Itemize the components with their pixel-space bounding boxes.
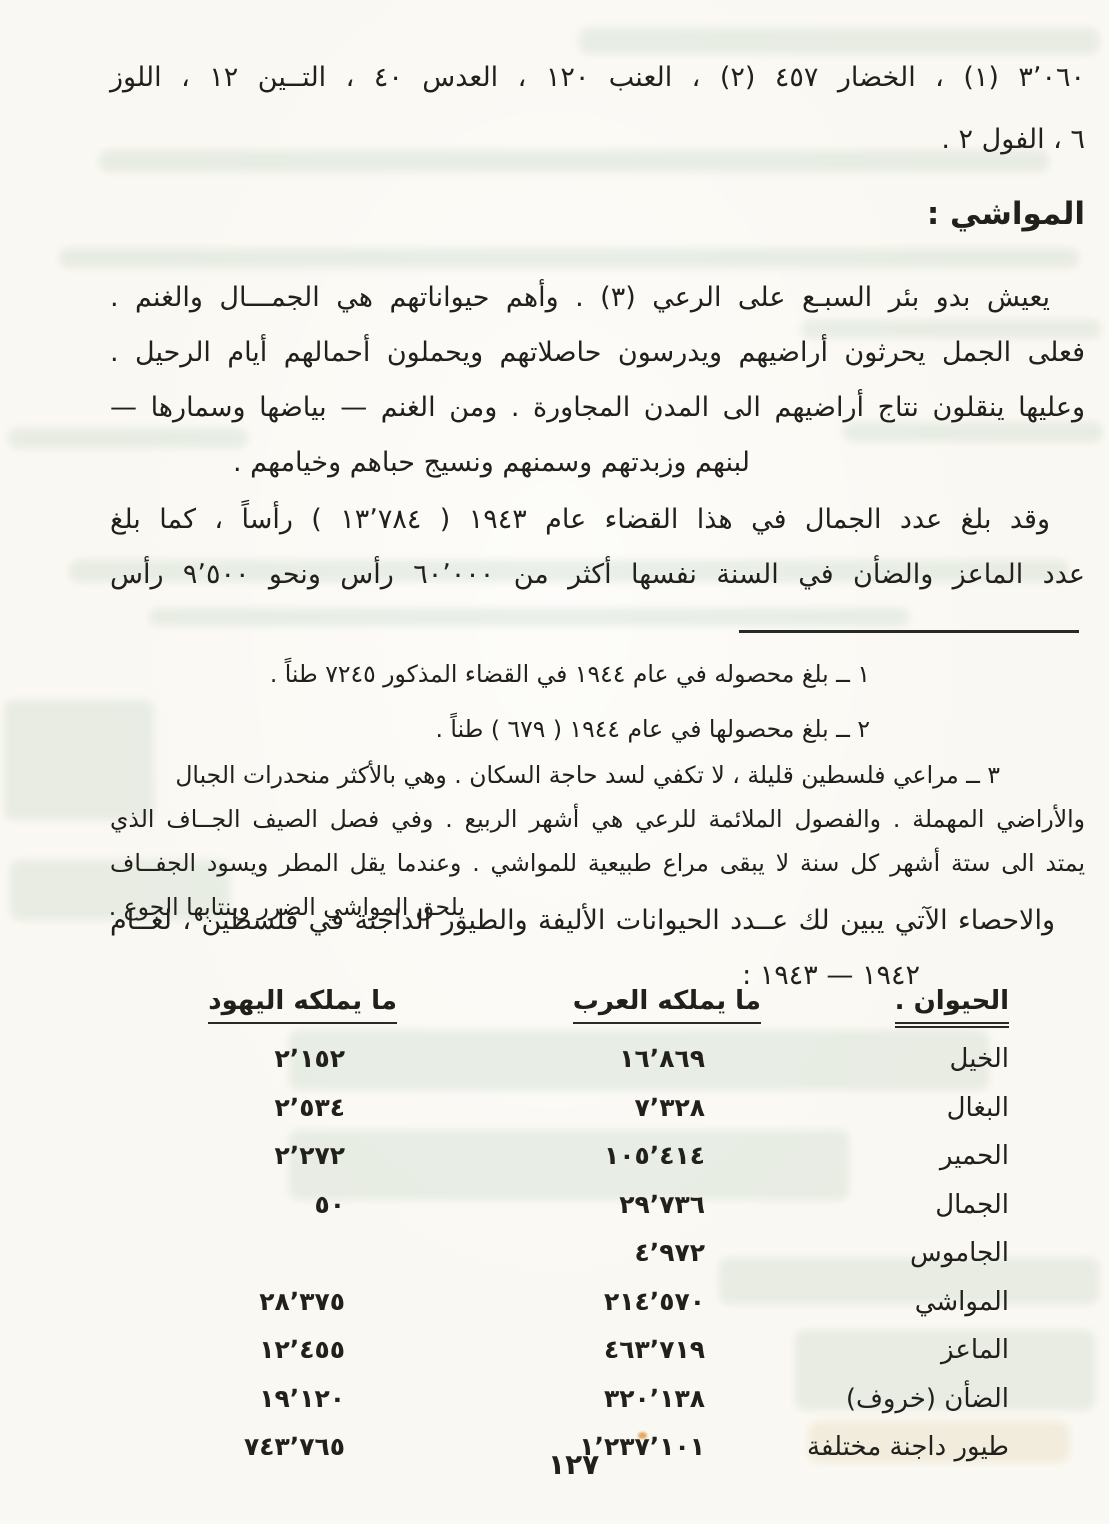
paragraph-line: وعليها ينقلون نتاج أراضيهم الى المدن الم… bbox=[110, 380, 1085, 435]
footnote-3-line: ٣ ــ مراعي فلسطين قليلة ، لا تكفي لسد حا… bbox=[110, 753, 1000, 797]
arabs-count: ١٦٬٨٦٩ bbox=[619, 1044, 705, 1073]
arabs-count: ٤٦٣٬٧١٩ bbox=[604, 1335, 705, 1364]
animal-name: المواشي bbox=[915, 1287, 1009, 1317]
paragraph-line: لبنهم وزبدتهم وسمنهم ونسيج حباهم وخيامهم… bbox=[110, 435, 750, 490]
bleed-through-artifact bbox=[149, 608, 909, 626]
paragraph-line: وقد بلغ عدد الجمال في هذا القضاء عام ١٩٤… bbox=[110, 492, 1085, 547]
jews-count: ٥٠ bbox=[314, 1190, 345, 1219]
column-header-arabs: ما يملكه العرب bbox=[573, 986, 761, 1024]
jews-count: ١٩٬١٢٠ bbox=[259, 1384, 345, 1413]
footnote-separator-rule bbox=[739, 630, 1079, 633]
animals-ownership-table: الحيوان . ما يملكه العرب ما يملكه اليهود… bbox=[0, 986, 1109, 1481]
paragraph-bedouin-livestock: يعيش بدو بئر السبـع على الرعي (٣) . وأهم… bbox=[110, 270, 1085, 490]
table-row: الضأن (خروف) ٣٢٠٬١٣٨ ١٩٬١٢٠ bbox=[0, 1384, 1109, 1433]
arabs-count: ٧٬٣٢٨ bbox=[634, 1093, 705, 1122]
jews-count: ٢٬١٥٢ bbox=[274, 1044, 345, 1073]
paragraph-line: يعيش بدو بئر السبـع على الرعي (٣) . وأهم… bbox=[110, 270, 1085, 325]
table-row: الجاموس ٤٬٩٧٢ bbox=[0, 1238, 1109, 1287]
bleed-through-artifact bbox=[59, 248, 1079, 268]
table-row: الجمال ٢٩٬٧٣٦ ٥٠ bbox=[0, 1190, 1109, 1239]
footnote-3-line: والأراضي المهملة . والفصول الملائمة للرع… bbox=[110, 797, 1085, 841]
animal-name: طيور داجنة مختلفة bbox=[807, 1432, 1009, 1462]
arabs-count: ٢٩٬٧٣٦ bbox=[619, 1190, 705, 1219]
scanned-book-page: ٣٬٠٦٠ (١) ، الخضار ٤٥٧ (٢) ، العنب ١٢٠ ،… bbox=[0, 0, 1109, 1524]
arabs-count: ٢١٤٬٥٧٠ bbox=[604, 1287, 705, 1316]
footnote-2: ٢ ــ بلغ محصولها في عام ١٩٤٤ ( ٦٧٩ ) طنا… bbox=[110, 707, 870, 751]
table-row: الماعز ٤٦٣٬٧١٩ ١٢٬٤٥٥ bbox=[0, 1335, 1109, 1384]
carryover-line-2: ٦ ، الفول ٢ . bbox=[110, 112, 1085, 167]
paragraph-camel-count: وقد بلغ عدد الجمال في هذا القضاء عام ١٩٤… bbox=[110, 492, 1085, 602]
table-header-row: الحيوان . ما يملكه العرب ما يملكه اليهود bbox=[0, 986, 1109, 1044]
page-number: ١٢٧ bbox=[548, 1448, 599, 1481]
column-header-jews: ما يملكه اليهود bbox=[208, 986, 397, 1024]
table-row: الخيل ١٦٬٨٦٩ ٢٬١٥٢ bbox=[0, 1044, 1109, 1093]
footnote-3-line: يمتد الى ستة أشهر كل سنة لا يبقى مراع طب… bbox=[110, 841, 1085, 885]
paragraph-line: عدد الماعز والضأن في السنة نفسها أكثر من… bbox=[110, 547, 1085, 602]
jews-count: ١٢٬٤٥٥ bbox=[259, 1335, 345, 1364]
paragraph-line: فعلى الجمل يحرثون أراضيهم ويدرسون حاصلات… bbox=[110, 325, 1085, 380]
column-header-animal: الحيوان . bbox=[895, 986, 1009, 1028]
carryover-line-1: ٣٬٠٦٠ (١) ، الخضار ٤٥٧ (٢) ، العنب ١٢٠ ،… bbox=[110, 50, 1085, 105]
animal-name: البغال bbox=[947, 1093, 1009, 1123]
animal-name: الحمير bbox=[940, 1141, 1009, 1171]
jews-count: ٢٬٢٧٢ bbox=[274, 1141, 345, 1170]
animal-name: الخيل bbox=[950, 1044, 1009, 1074]
arabs-count: ١٠٥٬٤١٤ bbox=[604, 1141, 705, 1170]
footnotes-block: ١ ــ بلغ محصوله في عام ١٩٤٤ في القضاء ال… bbox=[110, 652, 1085, 929]
table-row: البغال ٧٬٣٢٨ ٢٬٥٣٤ bbox=[0, 1093, 1109, 1142]
section-heading-livestock: المواشي : bbox=[110, 196, 1085, 232]
table-row: الحمير ١٠٥٬٤١٤ ٢٬٢٧٢ bbox=[0, 1141, 1109, 1190]
arabs-count: ٣٢٠٬١٣٨ bbox=[604, 1384, 705, 1413]
footnote-1: ١ ــ بلغ محصوله في عام ١٩٤٤ في القضاء ال… bbox=[110, 652, 870, 696]
table-row: المواشي ٢١٤٬٥٧٠ ٢٨٬٣٧٥ bbox=[0, 1287, 1109, 1336]
arabs-count: ٤٬٩٧٢ bbox=[634, 1238, 705, 1267]
jews-count: ٧٤٣٬٧٦٥ bbox=[244, 1432, 345, 1461]
jews-count: ٢٨٬٣٧٥ bbox=[259, 1287, 345, 1316]
jews-count: ٢٬٥٣٤ bbox=[274, 1093, 345, 1122]
census-intro-line: والاحصاء الآتي يبين لك عــدد الحيوانات ا… bbox=[110, 893, 1085, 948]
animal-name: الضأن (خروف) bbox=[846, 1384, 1009, 1414]
animal-name: الجمال bbox=[935, 1190, 1009, 1220]
animal-name: الماعز bbox=[941, 1335, 1009, 1365]
animal-name: الجاموس bbox=[910, 1238, 1009, 1268]
